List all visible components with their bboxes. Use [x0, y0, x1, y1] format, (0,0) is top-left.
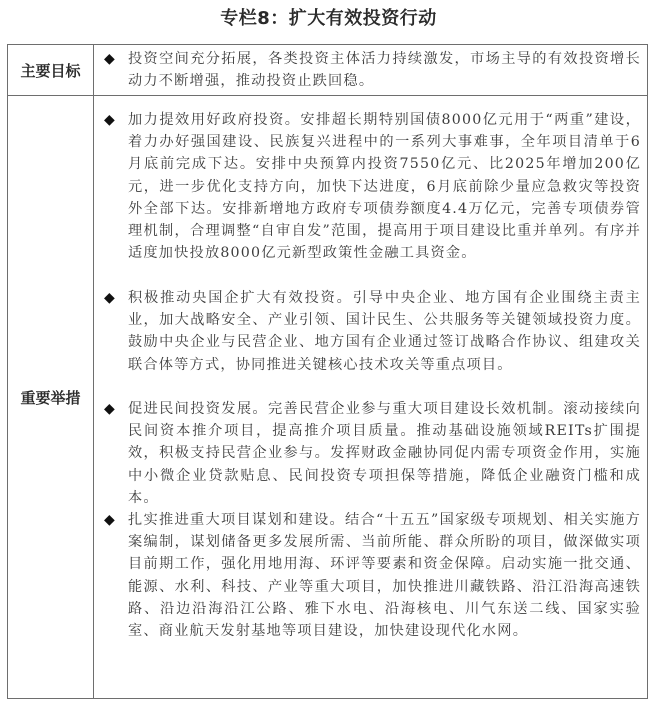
page-title: 专栏8：扩大有效投资行动 — [0, 4, 657, 30]
table-row-key-measures: 重要举措 ◆ 加力提效用好政府投资。安排超长期特别国债8000亿元用于“两重”建… — [8, 96, 647, 699]
row-content-main-goals: ◆ 投资空间充分拓展，各类投资主体活力持续激发，市场主导的有效投资增长动力不断增… — [94, 45, 647, 95]
list-item-text: 积极推动央国企扩大有效投资。引导中央企业、地方国有企业围绕主责主业，加大战略安全… — [128, 287, 641, 376]
diamond-bullet-icon: ◆ — [104, 398, 115, 420]
row-content-key-measures: ◆ 加力提效用好政府投资。安排超长期特别国债8000亿元用于“两重”建设，着力办… — [94, 96, 647, 699]
diamond-bullet-icon: ◆ — [104, 509, 115, 531]
table-row-main-goals: 主要目标 ◆ 投资空间充分拓展，各类投资主体活力持续激发，市场主导的有效投资增长… — [8, 45, 647, 96]
list-item-text: 扎实推进重大项目谋划和建设。结合“十五五”国家级专项规划、相关实施方案编制，谋划… — [128, 509, 641, 642]
list-item-text: 加力提效用好政府投资。安排超长期特别国债8000亿元用于“两重”建设，着力办好强… — [128, 109, 641, 264]
row-label-key-measures: 重要举措 — [8, 96, 94, 699]
diamond-bullet-icon: ◆ — [104, 287, 115, 309]
list-item-text: 投资空间充分拓展，各类投资主体活力持续激发，市场主导的有效投资增长动力不断增强，… — [128, 48, 641, 92]
row-label-main-goals: 主要目标 — [8, 45, 94, 95]
action-table: 主要目标 ◆ 投资空间充分拓展，各类投资主体活力持续激发，市场主导的有效投资增长… — [7, 44, 648, 699]
diamond-bullet-icon: ◆ — [104, 109, 115, 131]
list-item-text: 促进民间投资发展。完善民营企业参与重大项目建设长效机制。滚动接续向民间资本推介项… — [128, 398, 641, 509]
diamond-bullet-icon: ◆ — [104, 48, 115, 70]
